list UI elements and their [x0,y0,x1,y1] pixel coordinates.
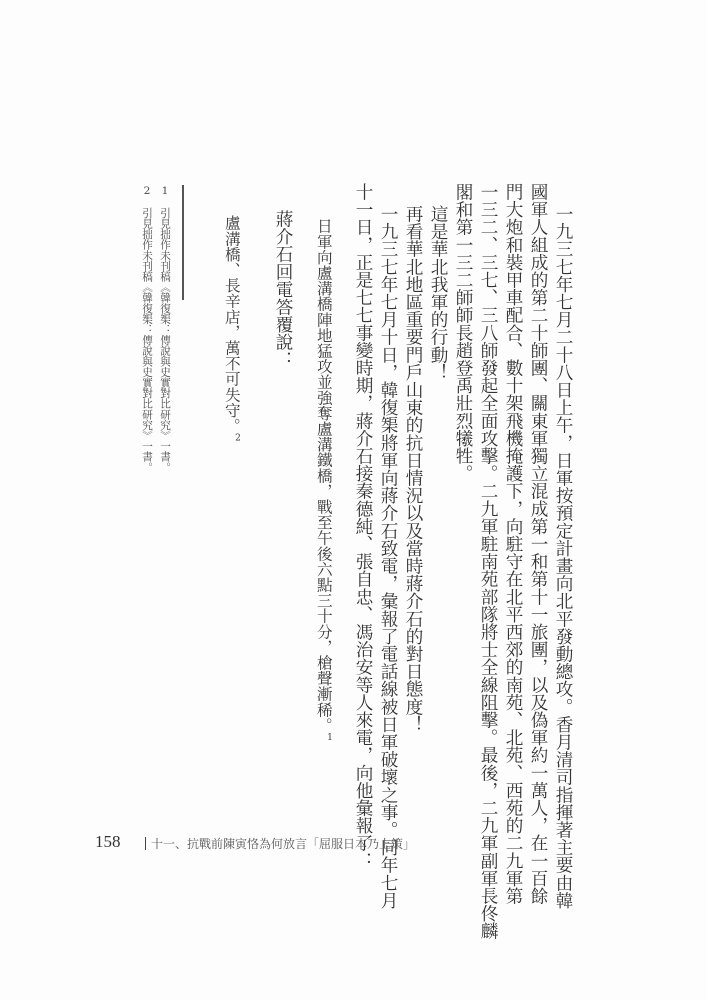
body-column-9: 十一日，正是七七事變時期，蔣介石接秦德純、張自忠、馮治安等人來電，向他彙報了： [352,183,374,869]
footnote-1-number: 1 [159,185,171,197]
body-column-4: 一三二、三七、三八師發起全面攻擊。二九軍駐南苑部隊將士全線阻擊。最後，二九軍副軍… [477,183,499,940]
block-quote-2: 盧溝橋、長辛店，萬不可失守。2 [228,215,248,443]
block-quote-1-text: 日軍向盧溝橋陣地猛攻並強奪盧溝鐵橋，戰至午後六點三十分，槍聲漸稀。 [315,218,333,733]
reply-intro: 蔣介石回電答覆說： [272,210,294,368]
body-column-7: 再看華北地區重要門戶山東的抗日情況以及當時蔣介石的對日態度！ [402,205,424,733]
book-page: 一九三七年七月二十八日上午，日軍按預定計畫向北平發動總攻。香月清司指揮著主要由韓… [0,0,707,1000]
running-head-text: 十一、抗戰前陳寅恪為何放言「屈服日本乃上策」 [151,837,415,851]
footnote-2: 2 引見拙作未刊稿《韓復榘：傳說與史實對比研究》一書。 [140,185,154,473]
footnote-2-text: 引見拙作未刊稿《韓復榘：傳說與史實對比研究》一書。 [141,208,153,473]
footnote-separator [182,185,184,300]
body-column-2: 國軍人組成的第二十師團、關東軍獨立混成第一和第十一旅團，以及偽軍約一萬人，在一百… [527,183,549,905]
body-column-1: 一九三七年七月二十八日上午，日軍按預定計畫向北平發動總攻。香月清司指揮著主要由韓 [552,205,574,909]
body-column-6: 這是華北我軍的行動！ [427,205,449,381]
body-column-8: 一九三七年七月十日，韓復榘將軍向蔣介石致電，彙報了電話線被日軍破壞之事。同年七月 [377,205,399,909]
page-number: 158 [95,832,121,852]
running-head-bar [145,837,146,850]
footnote-1-text: 引見拙作未刊稿《韓復榘：傳說與史實對比研究》一書。 [159,208,171,473]
body-column-3: 門大炮和裝甲車配合、數十架飛機掩護下，向駐守在北平西郊的南苑、北苑、西苑的二九軍… [502,183,524,905]
footnote-2-number: 2 [141,185,153,197]
body-column-5: 閣和第一三二師師長趙登禹壯烈犧牲。 [452,183,474,482]
footnote-ref-1[interactable]: 1 [325,733,335,743]
block-quote-2-text: 盧溝橋、長辛店，萬不可失守。 [223,215,241,433]
footnote-ref-2[interactable]: 2 [233,433,243,443]
block-quote-1: 日軍向盧溝橋陣地猛攻並強奪盧溝鐵橋，戰至午後六點三十分，槍聲漸稀。1 [320,218,340,743]
running-head: 十一、抗戰前陳寅恪為何放言「屈服日本乃上策」 [145,835,415,852]
footnote-1: 1 引見拙作未刊稿《韓復榘：傳說與史實對比研究》一書。 [158,185,172,473]
